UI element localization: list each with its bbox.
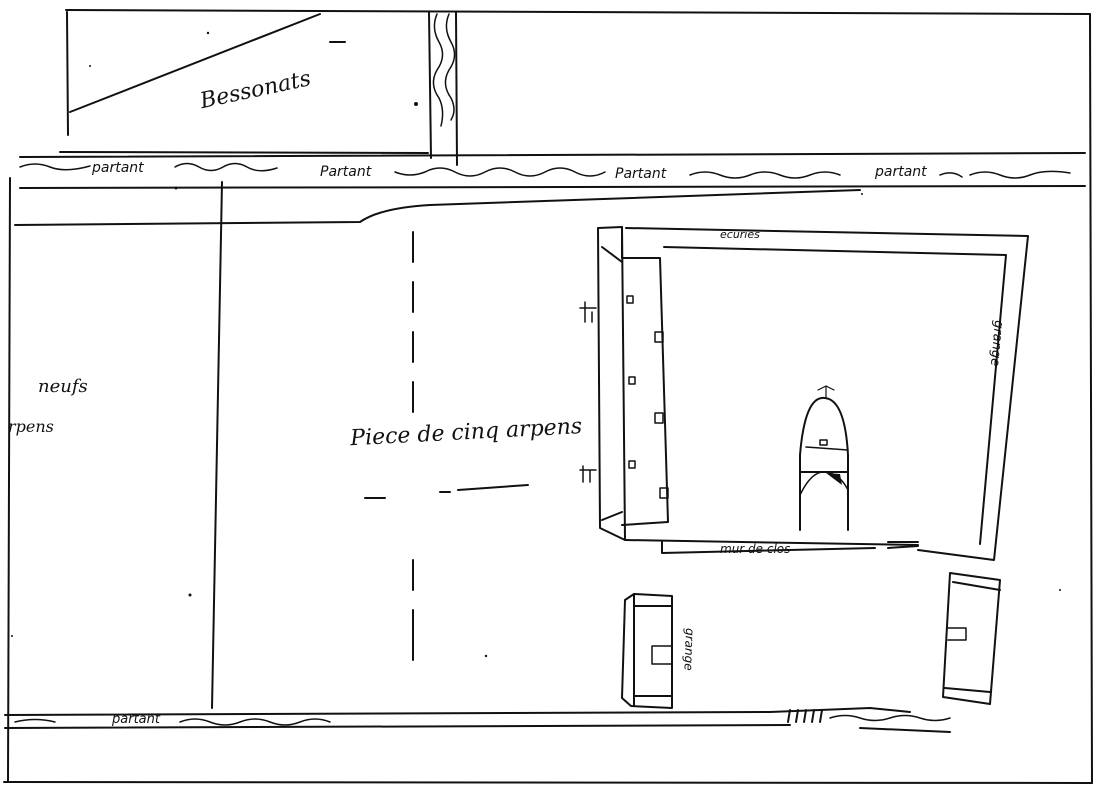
label-arpens: rpens xyxy=(8,417,54,436)
label-bessonats: Bessonats xyxy=(197,66,313,114)
label-piece-de-cinq-arpens: Piece de cinq arpens xyxy=(349,414,583,451)
label-grange-right: grange xyxy=(987,320,1006,367)
label-neufs: neufs xyxy=(38,376,88,397)
road-bottom: partant xyxy=(5,708,950,732)
estate-map: Bessonats partant Partant Partant partan… xyxy=(0,0,1110,795)
label-mur-de-clos: mur de clos xyxy=(720,542,790,556)
label-grange-lower: grange xyxy=(682,628,697,671)
label-road-top-4: partant xyxy=(874,164,927,180)
label-road-bottom: partant xyxy=(111,712,161,727)
label-road-top-3: Partant xyxy=(615,166,667,182)
stream xyxy=(429,12,457,165)
label-road-top-1: partant xyxy=(91,160,144,176)
label-road-top-2: Partant xyxy=(320,164,372,180)
parcel-bessonats: Bessonats xyxy=(60,12,428,153)
road-top: partant Partant Partant partant xyxy=(20,153,1085,188)
lower-building-right xyxy=(943,573,1000,704)
courtyard-complex: ecuries grange mur de clos xyxy=(580,227,1028,560)
lower-building-left: grange xyxy=(622,594,697,708)
label-ecuries: ecuries xyxy=(720,228,760,241)
speckles xyxy=(11,32,1061,657)
map-frame xyxy=(4,10,1092,783)
